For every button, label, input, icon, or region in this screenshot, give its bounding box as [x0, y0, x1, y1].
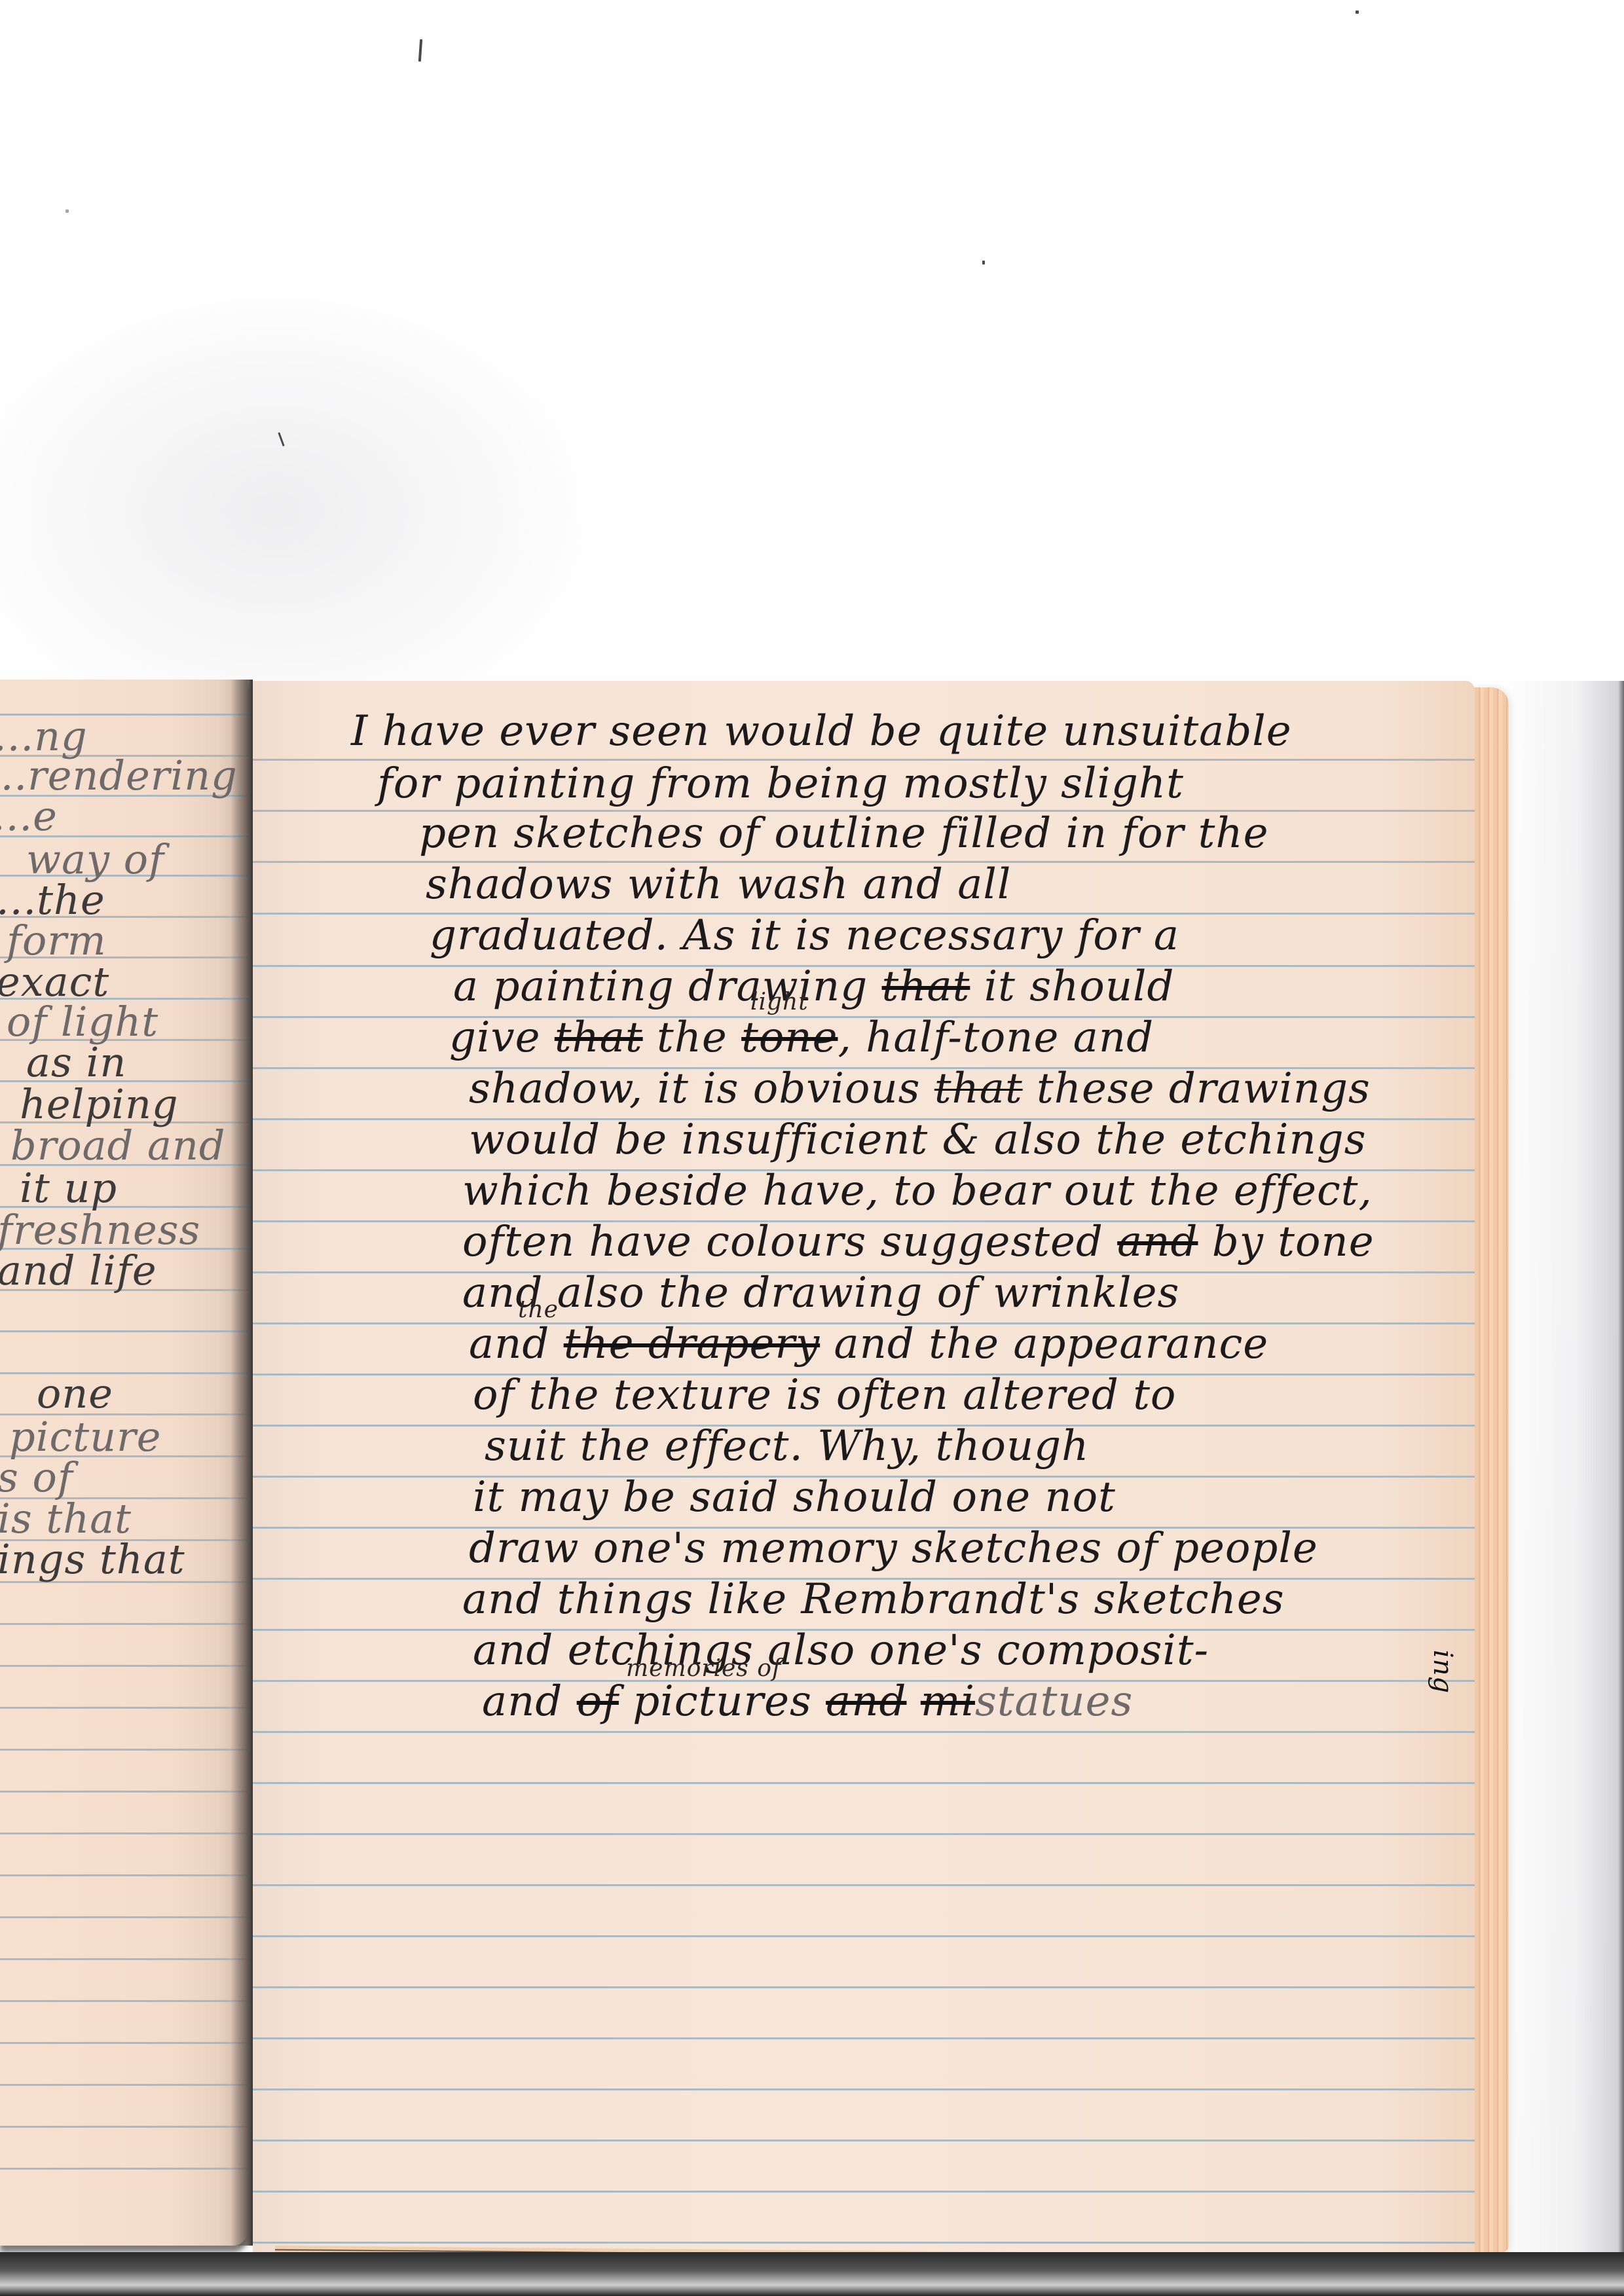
struck-word: the drapery: [564, 1320, 820, 1368]
text-line: of the texture is often altered to: [473, 1371, 1176, 1419]
text-line: and also the drawing of wrinkles: [462, 1269, 1179, 1317]
text-line: draw one's memory sketches of people: [469, 1524, 1318, 1573]
left-fragment: broad and: [10, 1121, 226, 1169]
left-fragment: as in: [26, 1038, 126, 1086]
text-line: I have ever seen would be quite unsuitab…: [351, 707, 1292, 756]
text-line: and the drapery and the appearance: [469, 1320, 1268, 1368]
text-segment: and: [469, 1320, 564, 1368]
left-fragment: one: [37, 1370, 113, 1417]
left-fragment: ings that: [0, 1535, 185, 1583]
text-line: and things like Rembrandt's sketches: [462, 1575, 1285, 1624]
text-line: pen sketches of outline filled in for th…: [419, 809, 1268, 858]
text-segment: statues: [975, 1677, 1133, 1726]
struck-word: tone: [741, 1013, 838, 1062]
text-line: and of pictures and mistatues: [482, 1677, 1133, 1726]
left-fragment: and life: [0, 1247, 157, 1294]
text-line: would be insufficient & also the etching…: [469, 1116, 1367, 1164]
text-line: it may be said should one not: [473, 1473, 1116, 1522]
dust-speck: [65, 210, 69, 213]
text-line: graduated. As it is necessary for a: [430, 911, 1179, 960]
book-gutter: [231, 680, 253, 2246]
struck-word: of: [577, 1677, 619, 1726]
text-line: which beside have, to bear out the effec…: [462, 1167, 1373, 1215]
text-segment: , half-tone and: [838, 1013, 1154, 1062]
right-page: I have ever seen would be quite unsuitab…: [253, 681, 1475, 2253]
text-line: and etchings also one's composit-: [473, 1626, 1209, 1675]
left-fragment: it up: [20, 1164, 117, 1212]
struck-word: mi: [921, 1677, 975, 1726]
text-segment: a painting drawing: [453, 962, 882, 1011]
text-segment: pictures: [619, 1677, 826, 1726]
text-segment: shadow, it is obvious: [469, 1065, 934, 1113]
text-line: a painting drawing that it should: [453, 962, 1174, 1011]
struck-word: that: [882, 962, 970, 1011]
text-segment: and: [482, 1677, 577, 1726]
scanner-edge-shadow: [0, 2252, 1624, 2296]
dust-speck: [982, 261, 985, 264]
text-segment: often have colours suggested: [462, 1218, 1117, 1266]
text-line: shadows with wash and all: [426, 860, 1011, 909]
inserted-word: the: [518, 1296, 559, 1323]
text-segment: it should: [970, 962, 1174, 1011]
struck-word: that: [934, 1065, 1023, 1113]
text-segment: the: [643, 1013, 742, 1062]
text-segment: by tone: [1198, 1218, 1374, 1266]
left-page: ...ng ...rendering ...e way of ...the fo…: [0, 680, 248, 2246]
margin-note: ing: [1428, 1650, 1458, 1694]
text-segment: these drawings: [1023, 1065, 1371, 1113]
left-fragment: ...e: [0, 792, 58, 840]
text-segment: [906, 1677, 920, 1726]
text-line: shadow, it is obvious that these drawing…: [469, 1065, 1371, 1113]
struck-word: and: [826, 1677, 906, 1726]
text-line: give that the tone, half-tone and: [449, 1013, 1154, 1062]
inserted-word: light: [750, 989, 809, 1015]
struck-word: and: [1117, 1218, 1198, 1266]
text-line: for painting from being mostly slight: [377, 759, 1184, 808]
text-line: often have colours suggested and by tone: [462, 1218, 1375, 1266]
book-cover-shadow: [1506, 681, 1624, 2252]
text-line: suit the effect. Why, though: [485, 1422, 1089, 1470]
struck-word: that: [555, 1013, 643, 1062]
dust-speck: [1356, 10, 1359, 14]
text-segment: give: [449, 1013, 555, 1062]
text-segment: and the appearance: [820, 1320, 1268, 1368]
